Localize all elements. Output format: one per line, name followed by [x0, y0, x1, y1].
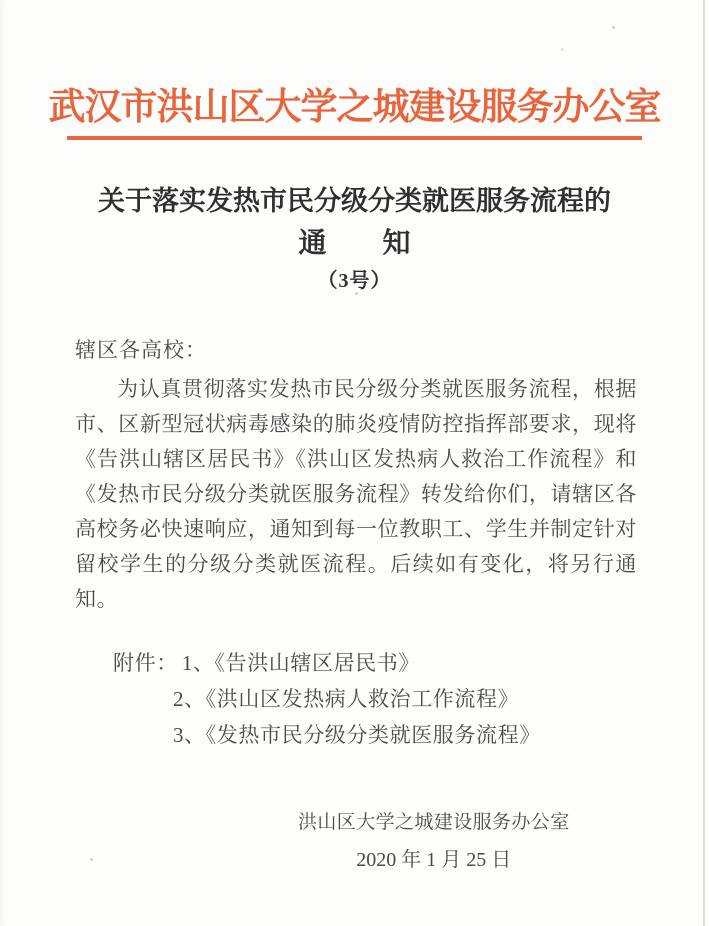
signature-org-name: 洪山区大学之城建设服务办公室	[298, 811, 570, 835]
attachments-section: 附件：1、《告洪山辖区居民书》 2、《洪山区发热病人救治工作流程》 3、《发热市…	[113, 645, 637, 753]
letterhead-divider-rule	[67, 136, 642, 140]
attachment-row: 附件：1、《告洪山辖区居民书》	[113, 645, 637, 681]
scan-speck	[355, 292, 358, 295]
document-page: 武汉市洪山区大学之城建设服务办公室 关于落实发热市民分级分类就医服务流程的 通 …	[0, 0, 709, 926]
attachment-item-3: 3、《发热市民分级分类就医服务流程》	[173, 717, 637, 753]
document-number: （3号）	[0, 268, 709, 294]
attachment-item-1: 1、《告洪山辖区居民书》	[182, 651, 420, 675]
scan-speck	[561, 48, 564, 51]
attachments-label: 附件：	[113, 651, 178, 675]
red-letterhead: 武汉市洪山区大学之城建设服务办公室	[0, 0, 709, 140]
scan-edge-line	[703, 0, 705, 926]
notice-title-line2: 通 知	[0, 228, 709, 259]
signature-date: 2020 年 1 月 25 日	[298, 848, 570, 872]
notice-title-block: 关于落实发热市民分级分类就医服务流程的 通 知 （3号）	[0, 186, 709, 294]
issuing-org-title: 武汉市洪山区大学之城建设服务办公室	[0, 0, 709, 128]
scan-speck	[90, 858, 93, 861]
body-paragraph: 为认真贯彻落实发热市民分级分类就医服务流程，根据市、区新型冠状病毒感染的肺炎疫情…	[75, 372, 637, 617]
notice-title-line1: 关于落实发热市民分级分类就医服务流程的	[0, 186, 709, 217]
document-body: 辖区各高校： 为认真贯彻落实发热市民分级分类就医服务流程，根据市、区新型冠状病毒…	[75, 337, 637, 872]
salutation: 辖区各高校：	[75, 337, 637, 363]
scan-speck	[430, 703, 433, 706]
scan-speck	[612, 26, 615, 29]
attachment-item-2: 2、《洪山区发热病人救治工作流程》	[173, 681, 637, 717]
closing-block: 洪山区大学之城建设服务办公室 2020 年 1 月 25 日	[298, 811, 570, 872]
